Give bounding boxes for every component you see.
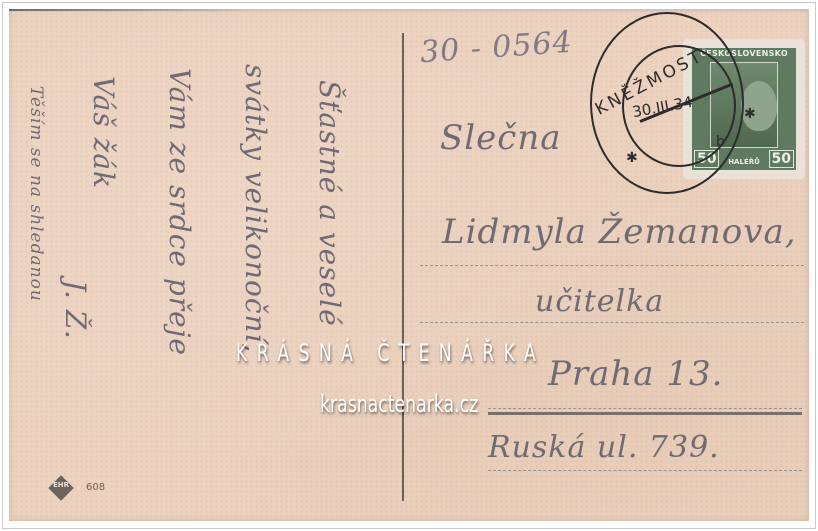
postmark-star-icon: ✱ <box>626 150 638 166</box>
message-line-2: svátky velikonoční, <box>239 64 272 353</box>
address-line-3 <box>488 408 802 409</box>
postmark-star-icon: ✱ <box>744 106 756 122</box>
address-line-4 <box>488 470 802 471</box>
signature: J. Ž. <box>59 280 92 340</box>
publisher-logo-text: EHR <box>49 481 73 489</box>
address-salutation: Slečna <box>440 118 562 158</box>
message-line-5: Těším se na shledanou <box>26 86 46 302</box>
postcard-top-edge <box>9 9 809 11</box>
address-line-2 <box>420 322 804 323</box>
message-line-3: Vám ze srdce přeje <box>163 68 196 356</box>
address-occupation: učitelka <box>535 284 664 319</box>
message-line-1: Šťastné a veselé <box>313 80 346 327</box>
postcard-divider-line <box>402 33 404 501</box>
publisher-number: 608 <box>86 482 105 493</box>
address-underline <box>488 412 802 415</box>
watermark-url: krasnactenarka.cz <box>320 390 478 418</box>
address-city: Praha 13. <box>548 354 723 394</box>
address-line-1 <box>420 265 804 266</box>
postmark-suffix: b <box>716 134 725 150</box>
watermark-title: KRÁSNÁ ČTENÁŘKA <box>236 339 545 367</box>
address-street: Ruská ul. 739. <box>488 430 720 465</box>
message-line-4: Váš žák <box>87 76 120 189</box>
address-name: Lidmyla Žemanova, <box>442 212 797 252</box>
stamp-value-right: 50 <box>769 150 794 168</box>
